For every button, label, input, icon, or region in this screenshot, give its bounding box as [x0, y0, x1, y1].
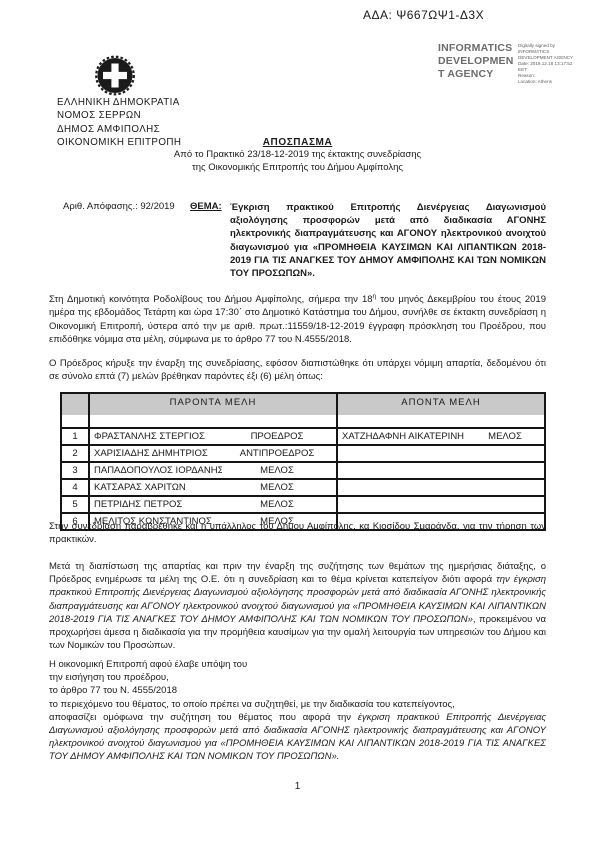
row-number: 5: [61, 496, 89, 513]
row-number: 3: [61, 462, 89, 479]
present-member-cell: ΠΑΠΑΔΟΠΟΥΛΟΣ ΙΟΡΔΑΝΗΣΜΕΛΟΣ: [89, 462, 337, 479]
absent-member-name: ΧΑΤΖΗΔΑΦΝΗ ΑΙΚΑΤΕΡΙΝΗ: [342, 431, 470, 442]
paragraph-urgency: Μετά τη διαπίστωση της απαρτίας και πριν…: [49, 560, 546, 652]
page-number: 1: [0, 781, 595, 792]
header-present-members: ΠΑΡΟΝΤΑ ΜΕΛΗ: [89, 393, 337, 428]
document-subtitle-line1: Από το Πρακτικό 23/18-12-2019 της έκτακτ…: [0, 148, 595, 161]
considering-line: Η οικονομική Επιτροπή αφού έλαβε υπόψη τ…: [49, 658, 546, 671]
row-number: 2: [61, 445, 89, 462]
paragraph-secretary: Στην συνεδρίαση παραβρέθηκε και η υπάλλη…: [49, 520, 546, 546]
present-member-cell: ΠΕΤΡΙΔΗΣ ΠΕΤΡΟΣΜΕΛΟΣ: [89, 496, 337, 513]
document-page: ΑΔΑ: Ψ667ΩΨ1-Δ3Χ INFORMATICS DEVELOPMEN …: [0, 0, 595, 842]
considering-line: το άρθρο 77 του Ν. 4555/2018: [49, 684, 546, 697]
subject-block: ΘΕΜΑ: Έγκριση πρακτικού Επιτροπής Διενέρ…: [190, 201, 546, 280]
table-row: 4 ΚΑΤΣΑΡΑΣ ΧΑΡΙΤΩΝΜΕΛΟΣ: [61, 479, 545, 496]
header-number-cell: [61, 393, 89, 428]
present-member-role: ΜΕΛΟΣ: [222, 465, 332, 476]
present-member-name: ΠΑΠΑΔΟΠΟΥΛΟΣ ΙΟΡΔΑΝΗΣ: [94, 465, 222, 476]
absent-member-role: ΜΕΛΟΣ: [470, 431, 540, 442]
absent-member-cell: [337, 462, 545, 479]
table-row: 3 ΠΑΠΑΔΟΠΟΥΛΟΣ ΙΟΡΔΑΝΗΣΜΕΛΟΣ: [61, 462, 545, 479]
row-number: 4: [61, 479, 89, 496]
attendance-table: ΠΑΡΟΝΤΑ ΜΕΛΗ ΑΠΟΝΤΑ ΜΕΛΗ 1 ΦΡΑΣΤΑΝΛΗΣ ΣΤ…: [60, 392, 546, 531]
paragraph-session-intro: Στη Δημοτική κοινότητα Ροδολίβους του Δή…: [49, 290, 546, 346]
stamp-signature-details: Digitally signed by INFORMATICS DEVELOPM…: [518, 42, 595, 85]
present-member-role: ΜΕΛΟΣ: [222, 499, 332, 510]
present-member-name: ΦΡΑΣΤΑΝΛΗΣ ΣΤΕΡΓΙΟΣ: [94, 431, 222, 442]
stamp-agency-line: INFORMATICS: [438, 42, 514, 55]
present-member-name: ΚΑΤΣΑΡΑΣ ΧΑΡΙΤΩΝ: [94, 482, 222, 493]
urgency-text-part1: Μετά τη διαπίστωση της απαρτίας και πριν…: [49, 561, 546, 585]
present-member-cell: ΧΑΡΙΣΙΑΔΗΣ ΔΗΜΗΤΡΙΟΣΑΝΤΙΠΡΟΕΔΡΟΣ: [89, 445, 337, 462]
header-absent-members: ΑΠΟΝΤΑ ΜΕΛΗ: [337, 393, 545, 428]
present-member-role: ΠΡΟΕΔΡΟΣ: [222, 431, 332, 442]
present-member-cell: ΦΡΑΣΤΑΝΛΗΣ ΣΤΕΡΓΙΟΣΠΡΟΕΔΡΟΣ: [89, 428, 337, 445]
absent-member-cell: [337, 496, 545, 513]
row-number: 1: [61, 428, 89, 445]
subject-label: ΘΕΜΑ:: [190, 201, 230, 280]
greek-coat-of-arms-icon: [93, 55, 137, 96]
decides-text-part1: αποφασίζει ομόφωνα την συζήτηση του θέμα…: [49, 712, 358, 723]
ada-code: ΑΔΑ: Ψ667ΩΨ1-Δ3Χ: [363, 8, 484, 22]
authority-line-republic: ΕΛΛΗΝΙΚΗ ΔΗΜΟΚΡΑΤΙΑ: [57, 96, 181, 109]
document-title-block: ΑΠΟΣΠΑΣΜΑ Από το Πρακτικό 23/18-12-2019 …: [0, 137, 595, 174]
absent-member-cell: [337, 479, 545, 496]
considering-line: το περιεχόμενο του θέματος, το οποίο πρέ…: [49, 698, 546, 711]
present-member-name: ΠΕΤΡΙΔΗΣ ΠΕΤΡΟΣ: [94, 499, 222, 510]
subject-text: Έγκριση πρακτικού Επιτροπής Διενέργειας …: [230, 201, 546, 280]
stamp-agency-line: DEVELOPMEN: [438, 55, 514, 68]
intro-text-part1: Στη Δημοτική κοινότητα Ροδολίβους του Δή…: [49, 294, 373, 305]
present-member-cell: ΚΑΤΣΑΡΑΣ ΧΑΡΙΤΩΝΜΕΛΟΣ: [89, 479, 337, 496]
digital-signature-stamp: INFORMATICS DEVELOPMEN T AGENCY Digitall…: [438, 42, 595, 85]
stamp-agency-name: INFORMATICS DEVELOPMEN T AGENCY: [438, 42, 514, 85]
stamp-agency-line: T AGENCY: [438, 68, 514, 81]
document-title: ΑΠΟΣΠΑΣΜΑ: [0, 137, 595, 148]
paragraph-decides: αποφασίζει ομόφωνα την συζήτηση του θέμα…: [49, 711, 546, 764]
stamp-detail-line: Location: Athens: [518, 79, 595, 85]
present-member-name: ΧΑΡΙΣΙΑΔΗΣ ΔΗΜΗΤΡΙΟΣ: [94, 448, 222, 459]
authority-line-municipality: ΔΗΜΟΣ ΑΜΦΙΠΟΛΗΣ: [57, 123, 181, 136]
table-row: 5 ΠΕΤΡΙΔΗΣ ΠΕΤΡΟΣΜΕΛΟΣ: [61, 496, 545, 513]
table-row: 2 ΧΑΡΙΣΙΑΔΗΣ ΔΗΜΗΤΡΙΟΣΑΝΤΙΠΡΟΕΔΡΟΣ: [61, 445, 545, 462]
absent-member-cell: ΧΑΤΖΗΔΑΦΝΗ ΑΙΚΑΤΕΡΙΝΗΜΕΛΟΣ: [337, 428, 545, 445]
present-member-role: ΑΝΤΙΠΡΟΕΔΡΟΣ: [222, 448, 332, 459]
decision-number: Αριθ. Απόφασης.: 92/2019: [63, 201, 190, 280]
absent-member-cell: [337, 445, 545, 462]
table-row: 1 ΦΡΑΣΤΑΝΛΗΣ ΣΤΕΡΓΙΟΣΠΡΟΕΔΡΟΣ ΧΑΤΖΗΔΑΦΝΗ…: [61, 428, 545, 445]
attendance-header-row: ΠΑΡΟΝΤΑ ΜΕΛΗ ΑΠΟΝΤΑ ΜΕΛΗ: [61, 393, 545, 428]
document-subtitle-line2: της Οικονομικής Επιτροπής του Δήμου Αμφί…: [0, 161, 595, 174]
decision-subject-row: Αριθ. Απόφασης.: 92/2019 ΘΕΜΑ: Έγκριση π…: [63, 201, 546, 280]
paragraph-quorum: Ο Πρόεδρος κήρυξε την έναρξη της συνεδρί…: [49, 357, 546, 383]
considering-line: την εισήγηση του προέδρου,: [49, 671, 546, 684]
paragraph-considering: Η οικονομική Επιτροπή αφού έλαβε υπόψη τ…: [49, 658, 546, 764]
authority-line-prefecture: ΝΟΜΟΣ ΣΕΡΡΩΝ: [57, 109, 181, 122]
present-member-role: ΜΕΛΟΣ: [222, 482, 332, 493]
